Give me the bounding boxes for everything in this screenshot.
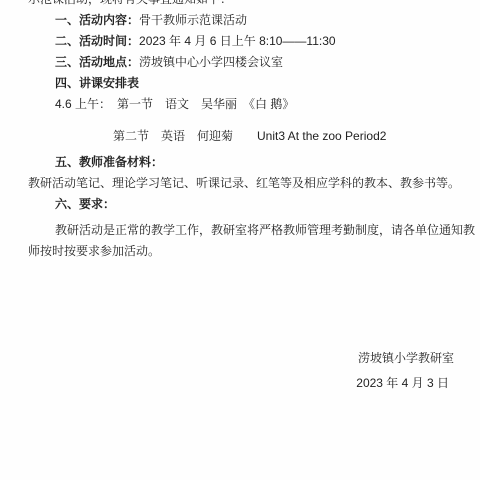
- item-2-text: 2023 年 4 月 6 日上午 8:10——11:30: [139, 34, 336, 48]
- item-3-label: 三、活动地点：: [55, 55, 139, 69]
- item-3-text: 涝坡镇中心小学四楼会议室: [139, 55, 283, 69]
- requirement-line-2: 师按时按要求参加活动。: [28, 241, 454, 262]
- item-2-label: 二、活动时间：: [55, 34, 139, 48]
- signature-org: 涝坡镇小学教研室: [28, 348, 454, 369]
- document-page: 示范课活动，现将有关事宜通知如下： 一、活动内容：骨干教师示范课活动 二、活动时…: [0, 0, 480, 480]
- materials-heading: 五、教师准备材料：: [28, 152, 454, 173]
- numbered-item-3: 三、活动地点：涝坡镇中心小学四楼会议室: [28, 52, 454, 73]
- item-1-label: 一、活动内容：: [55, 13, 139, 27]
- requirement-line-1: 教研活动是正常的教学工作，教研室将严格教师管理考勤制度，请各单位通知教: [28, 220, 454, 241]
- numbered-item-4: 四、讲课安排表: [28, 73, 454, 94]
- signature-date: 2023 年 4 月 3 日: [28, 373, 454, 394]
- schedule-line-1: 4.6 上午： 第一节 语文 吴华丽 《白 鹅》: [28, 94, 454, 115]
- item-4-label: 四、讲课安排表: [55, 76, 139, 90]
- materials-text: 教研活动笔记、理论学习笔记、听课记录、红笔等及相应学科的教本、教参书等。: [28, 173, 454, 194]
- numbered-item-2: 二、活动时间：2023 年 4 月 6 日上午 8:10——11:30: [28, 31, 454, 52]
- item-1-text: 骨干教师示范课活动: [139, 13, 247, 27]
- numbered-item-1: 一、活动内容：骨干教师示范课活动: [28, 10, 454, 31]
- requirements-heading: 六、要求：: [28, 194, 454, 215]
- schedule-line-2: 第二节 英语 何迎菊 Unit3 At the zoo Period2: [28, 126, 454, 147]
- intro-tail-line: 示范课活动，现将有关事宜通知如下：: [28, 0, 454, 10]
